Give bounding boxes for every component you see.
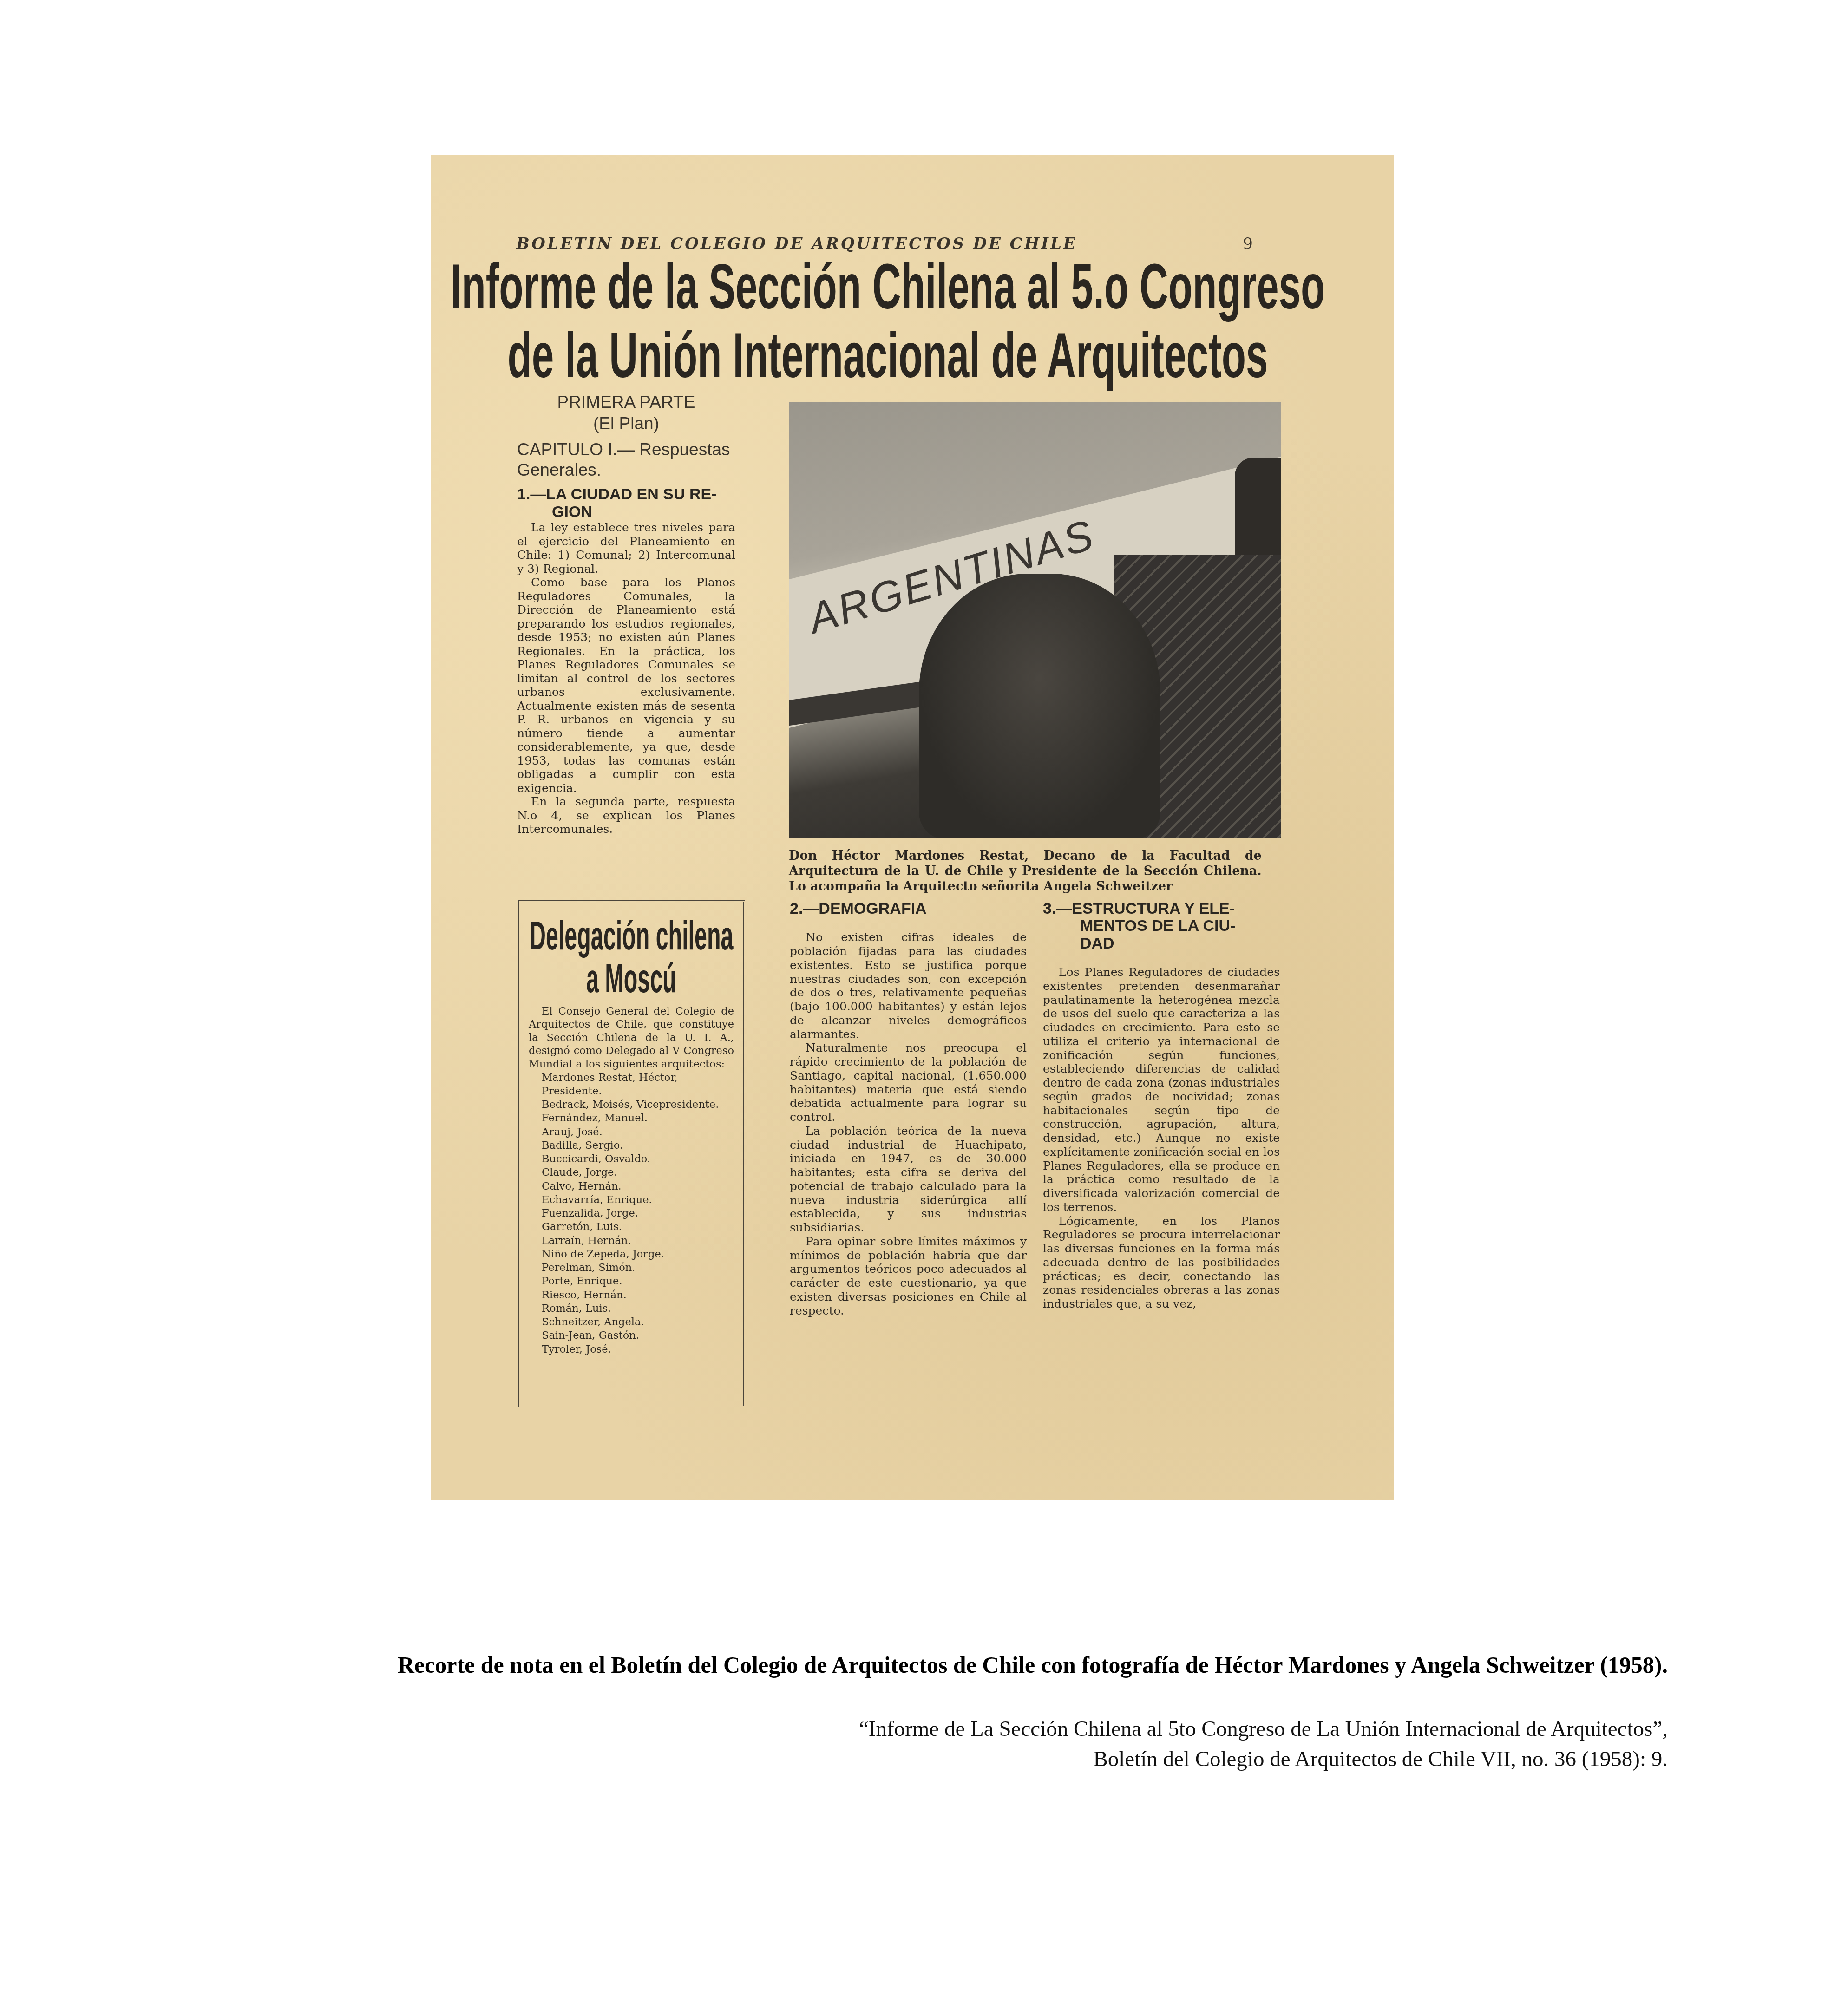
article-headline: Informe de la Sección Chilena al 5.o Con… <box>514 255 1262 387</box>
delegate-item: Calvo, Hernán. <box>542 1180 734 1193</box>
paragraph: En la segunda parte, respuesta N.o 4, se… <box>517 795 735 836</box>
paragraph: Naturalmente nos preocupa el rápido crec… <box>790 1041 1027 1124</box>
section-1-heading: 1.—LA CIUDAD EN SU RE- GION <box>517 486 735 521</box>
part-label: PRIMERA PARTE <box>517 392 735 413</box>
sidebar-title-line: Delegación chilena <box>530 914 733 957</box>
delegate-item: Buccicardi, Osvaldo. <box>542 1152 734 1166</box>
heading-line: GION <box>517 504 735 521</box>
delegate-item: Niño de Zepeda, Jorge. <box>542 1248 734 1261</box>
delegate-item: Echavarría, Enrique. <box>542 1193 734 1207</box>
news-photo: ARGENTINAS <box>789 402 1281 838</box>
delegate-item: Fernández, Manuel. <box>542 1112 734 1125</box>
heading-line: 1.—LA CIUDAD EN SU RE- <box>517 485 716 503</box>
delegate-item: Riesco, Hernán. <box>542 1289 734 1302</box>
part-title: PRIMERA PARTE (El Plan) <box>517 392 735 435</box>
heading-line: MENTOS DE LA CIU- <box>1043 917 1280 935</box>
paragraph: La población teórica de la nueva ciudad … <box>790 1124 1027 1235</box>
page-number: 9 <box>1243 235 1255 253</box>
delegate-item: Schneitzer, Angela. <box>542 1316 734 1329</box>
delegation-sidebar: Delegación chilena a Moscú El Consejo Ge… <box>518 900 745 1407</box>
heading-line: DAD <box>1043 935 1280 952</box>
sidebar-title-line: a Moscú <box>530 957 733 1000</box>
section-3-column: 3.—ESTRUCTURA Y ELE- MENTOS DE LA CIU- D… <box>1043 900 1280 1311</box>
paragraph: Lógicamente, en los Planos Reguladores s… <box>1043 1214 1280 1311</box>
sidebar-intro: El Consejo General del Colegio de Arquit… <box>529 1005 734 1071</box>
photo-subjects <box>919 574 1160 838</box>
paragraph: La ley establece tres niveles para el ej… <box>517 521 735 576</box>
delegate-item: Tyroler, José. <box>542 1343 734 1356</box>
headline-line-2: de la Unión Internacional de Arquitectos <box>378 323 1398 387</box>
heading-line: 3.—ESTRUCTURA Y ELE- <box>1043 900 1235 917</box>
citation-line-1: “Informe de La Sección Chilena al 5to Co… <box>0 1714 1668 1744</box>
delegate-item: Badilla, Sergio. <box>542 1139 734 1152</box>
delegate-item: Claude, Jorge. <box>542 1166 734 1179</box>
part-subtitle: (El Plan) <box>517 413 735 434</box>
journal-name: BOLETIN DEL COLEGIO DE ARQUITECTOS DE CH… <box>516 235 1077 253</box>
paragraph: El Consejo General del Colegio de Arquit… <box>529 1005 734 1071</box>
figure-caption-title: Recorte de nota en el Boletín del Colegi… <box>0 1651 1668 1678</box>
paragraph: No existen cifras ideales de población f… <box>790 930 1027 1041</box>
paragraph: Para opinar sobre límites máximos y míni… <box>790 1235 1027 1318</box>
running-head: BOLETIN DEL COLEGIO DE ARQUITECTOS DE CH… <box>516 235 1255 253</box>
delegate-item: Bedrack, Moisés, Vicepresidente. <box>529 1098 734 1112</box>
figure-citation: “Informe de La Sección Chilena al 5to Co… <box>0 1714 1668 1774</box>
paragraph: Como base para los Planos Reguladores Co… <box>517 576 735 795</box>
section-2-column: 2.—DEMOGRAFIA No existen cifras ideales … <box>790 900 1027 1317</box>
photo-caption: Don Héctor Mardones Restat, Decano de la… <box>789 848 1262 894</box>
section-3-heading: 3.—ESTRUCTURA Y ELE- MENTOS DE LA CIU- D… <box>1043 900 1280 952</box>
section-1-column: PRIMERA PARTE (El Plan) CAPITULO I.— Res… <box>517 392 735 836</box>
section-2-body: No existen cifras ideales de población f… <box>790 930 1027 1317</box>
delegate-item: Garretón, Luis. <box>542 1220 734 1234</box>
delegate-item: Perelman, Simón. <box>542 1261 734 1275</box>
sidebar-title: Delegación chilena a Moscú <box>529 914 734 1000</box>
paragraph: Los Planes Reguladores de ciudades exist… <box>1043 965 1280 1214</box>
headline-line-1: Informe de la Sección Chilena al 5.o Con… <box>378 255 1398 319</box>
citation-line-2: Boletín del Colegio de Arquitectos de Ch… <box>0 1744 1668 1774</box>
section-2-heading: 2.—DEMOGRAFIA <box>790 900 1027 917</box>
delegate-list: Mardones Restat, Héctor, Presidente. Bed… <box>529 1071 734 1356</box>
delegate-item: Fuenzalida, Jorge. <box>542 1207 734 1220</box>
delegate-item: Mardones Restat, Héctor, Presidente. <box>529 1071 734 1099</box>
delegate-item: Larraín, Hernán. <box>542 1234 734 1248</box>
delegate-item: Sain-Jean, Gastón. <box>542 1329 734 1342</box>
chapter-heading: CAPITULO I.— Respuestas Generales. <box>517 439 735 481</box>
newspaper-clipping: BOLETIN DEL COLEGIO DE ARQUITECTOS DE CH… <box>431 155 1394 1500</box>
section-3-body: Los Planes Reguladores de ciudades exist… <box>1043 965 1280 1311</box>
delegate-item: Porte, Enrique. <box>542 1275 734 1288</box>
delegate-item: Román, Luis. <box>542 1302 734 1316</box>
delegate-item: Arauj, José. <box>542 1126 734 1139</box>
section-1-body: La ley establece tres niveles para el ej… <box>517 521 735 836</box>
